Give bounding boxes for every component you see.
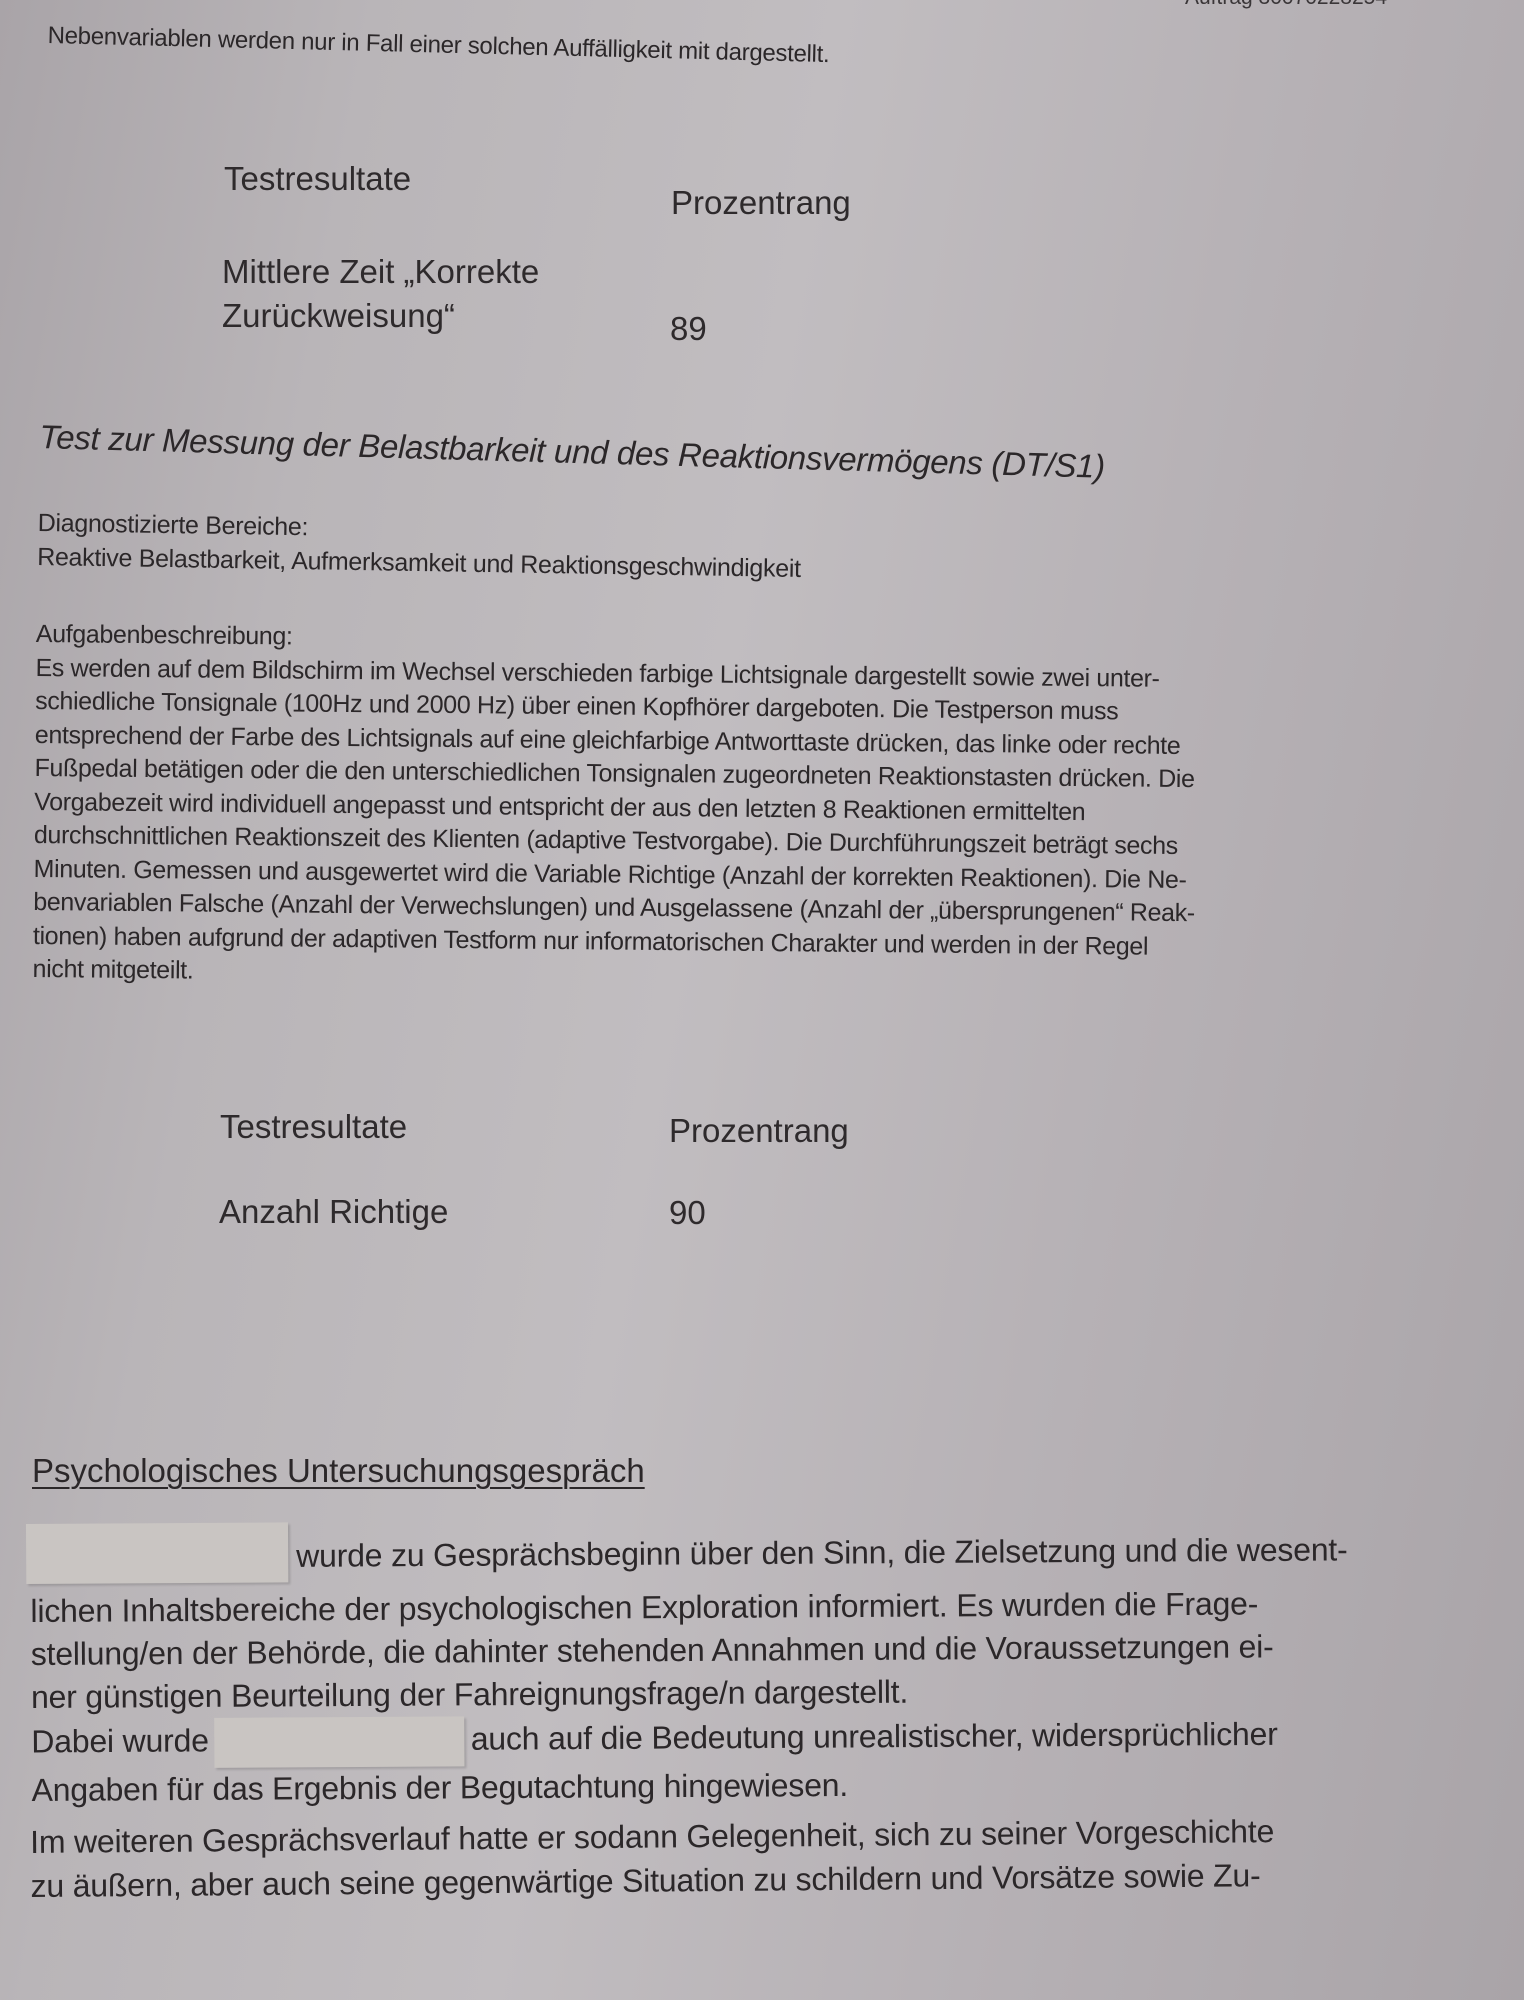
results-row-value: 89	[670, 310, 707, 348]
results-row-label: Mittlere Zeit „Korrekte Zurückweisung“	[222, 250, 539, 338]
redaction-patch	[215, 1716, 465, 1768]
redaction-patch	[26, 1522, 288, 1584]
interview-paragraph-1: wurde zu Gesprächsbeginn über den Sinn, …	[30, 1522, 1349, 1812]
diagnosed-areas: Diagnostizierte Bereiche: Reaktive Belas…	[37, 506, 802, 586]
results-col-value: Prozentrang	[669, 1112, 849, 1150]
results-col-label: Testresultate	[220, 1108, 407, 1146]
order-reference: Auftrag 30070228254	[1185, 0, 1387, 10]
section-heading: Psychologisches Untersuchungsgespräch	[32, 1452, 645, 1490]
interview-paragraph-2: Im weiteren Gesprächsverlauf hatte er so…	[30, 1809, 1275, 1908]
results-col-label: Testresultate	[224, 160, 411, 198]
results-row-value: 90	[669, 1194, 706, 1232]
intro-text: Nebenvariablen werden nur in Fall einer …	[47, 22, 829, 69]
results-col-value: Prozentrang	[671, 184, 851, 222]
document-page: Auftrag 30070228254 Nebenvariablen werde…	[0, 0, 1524, 2000]
test-title: Test zur Messung der Belastbarkeit und d…	[39, 418, 1105, 486]
results-row-label: Anzahl Richtige	[219, 1190, 448, 1234]
task-description: Aufgabenbeschreibung: Es werden auf dem …	[32, 618, 1197, 998]
